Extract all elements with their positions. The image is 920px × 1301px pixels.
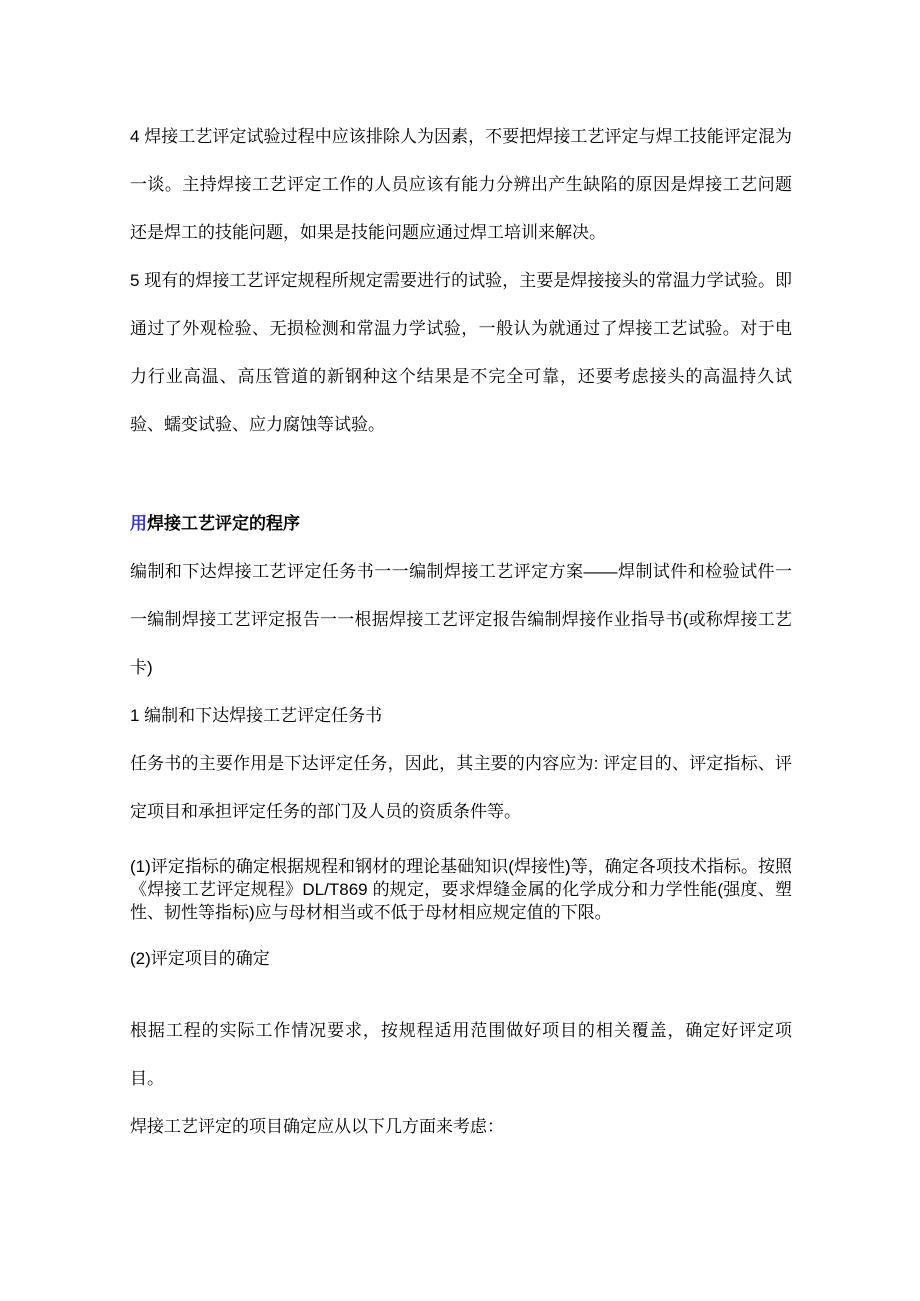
item2-heading: (2)评定项目的确定 [130,935,792,983]
document-page: 4 焊接工艺评定试验过程中应该排除人为因素，不要把焊接工艺评定与焊工技能评定混为… [0,0,920,1301]
item2-paragraph-2: 焊接工艺评定的项目确定应从以下几方面来考虑： [130,1103,792,1151]
item1-paragraph: (1)评定指标的确定根据规程和钢材的理论基础知识(焊接性)等，确定各项技术指标。… [130,855,792,924]
paragraph-point-5: 5 现有的焊接工艺评定规程所规定需要进行的试验，主要是焊接接头的常温力学试验。即… [130,257,792,449]
task-book-paragraph: 任务书的主要作用是下达评定任务，因此，其主要的内容应为: 评定目的、评定指标、评… [130,740,792,836]
procedure-flow-paragraph: 编制和下达焊接工艺评定任务书一一编制焊接工艺评定方案——焊制试件和检验试件一一编… [130,548,792,692]
section-heading-title: 焊接工艺评定的程序 [147,514,300,533]
step1-heading: 1 编制和下达焊接工艺评定任务书 [130,692,792,740]
paragraph-point-4: 4 焊接工艺评定试验过程中应该排除人为因素，不要把焊接工艺评定与焊工技能评定混为… [130,113,792,257]
item2-paragraph-1: 根据工程的实际工作情况要求，按规程适用范围做好项目的相关覆盖，确定好评定项目。 [130,1007,792,1103]
section-heading: 用焊接工艺评定的程序 [130,500,792,548]
section-heading-prefix: 用 [130,514,147,533]
